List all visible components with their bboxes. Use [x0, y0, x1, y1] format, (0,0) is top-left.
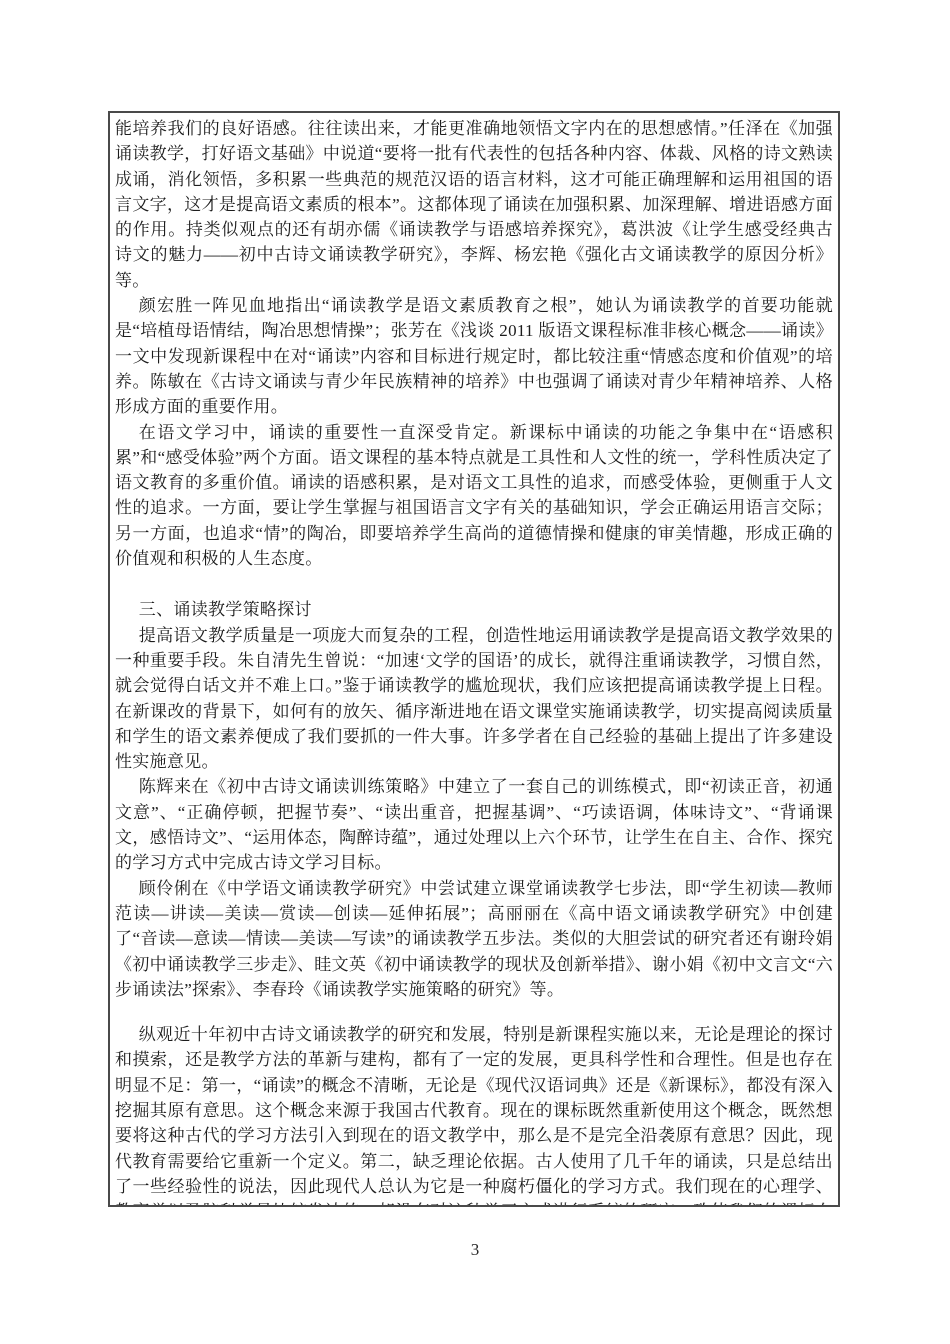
document-border-frame: 能培养我们的良好语感。往往读出来，才能更准确地领悟文字内在的思想感情。”任泽在《…: [108, 111, 840, 1207]
paragraph-gu-lingli-seven-steps: 顾伶俐在《中学语文诵读教学研究》中尝试建立课堂诵读教学七步法，即“学生初读—教师…: [115, 876, 833, 1002]
paragraph-summary-and-deficiencies: 纵观近十年初中古诗文诵读教学的研究和发展，特别是新课程实施以来，无论是理论的探讨…: [115, 1022, 833, 1207]
paragraph-continued-from-previous-page: 能培养我们的良好语感。往往读出来，才能更准确地领悟文字内在的思想感情。”任泽在《…: [115, 116, 833, 293]
paragraph-chen-huilai-training-model: 陈辉来在《初中古诗文诵读训练策略》中建立了一套自己的训练模式，即“初读正音，初通…: [115, 774, 833, 875]
section-heading: 三、诵读教学策略探讨: [115, 597, 833, 622]
paragraph-teaching-quality: 提高语文教学质量是一项庞大而复杂的工程，创造性地运用诵读教学是提高语文教学效果的…: [115, 623, 833, 775]
paragraph-importance-of-recitation: 在语文学习中，诵读的重要性一直深受肯定。新课标中诵读的功能之争集中在“语感积累”…: [115, 420, 833, 572]
page-number: 3: [0, 1240, 950, 1260]
paragraph-yan-hongsheng: 颜宏胜一阵见血地指出“诵读教学是语文素质教育之根”，她认为诵读教学的首要功能就是…: [115, 293, 833, 419]
